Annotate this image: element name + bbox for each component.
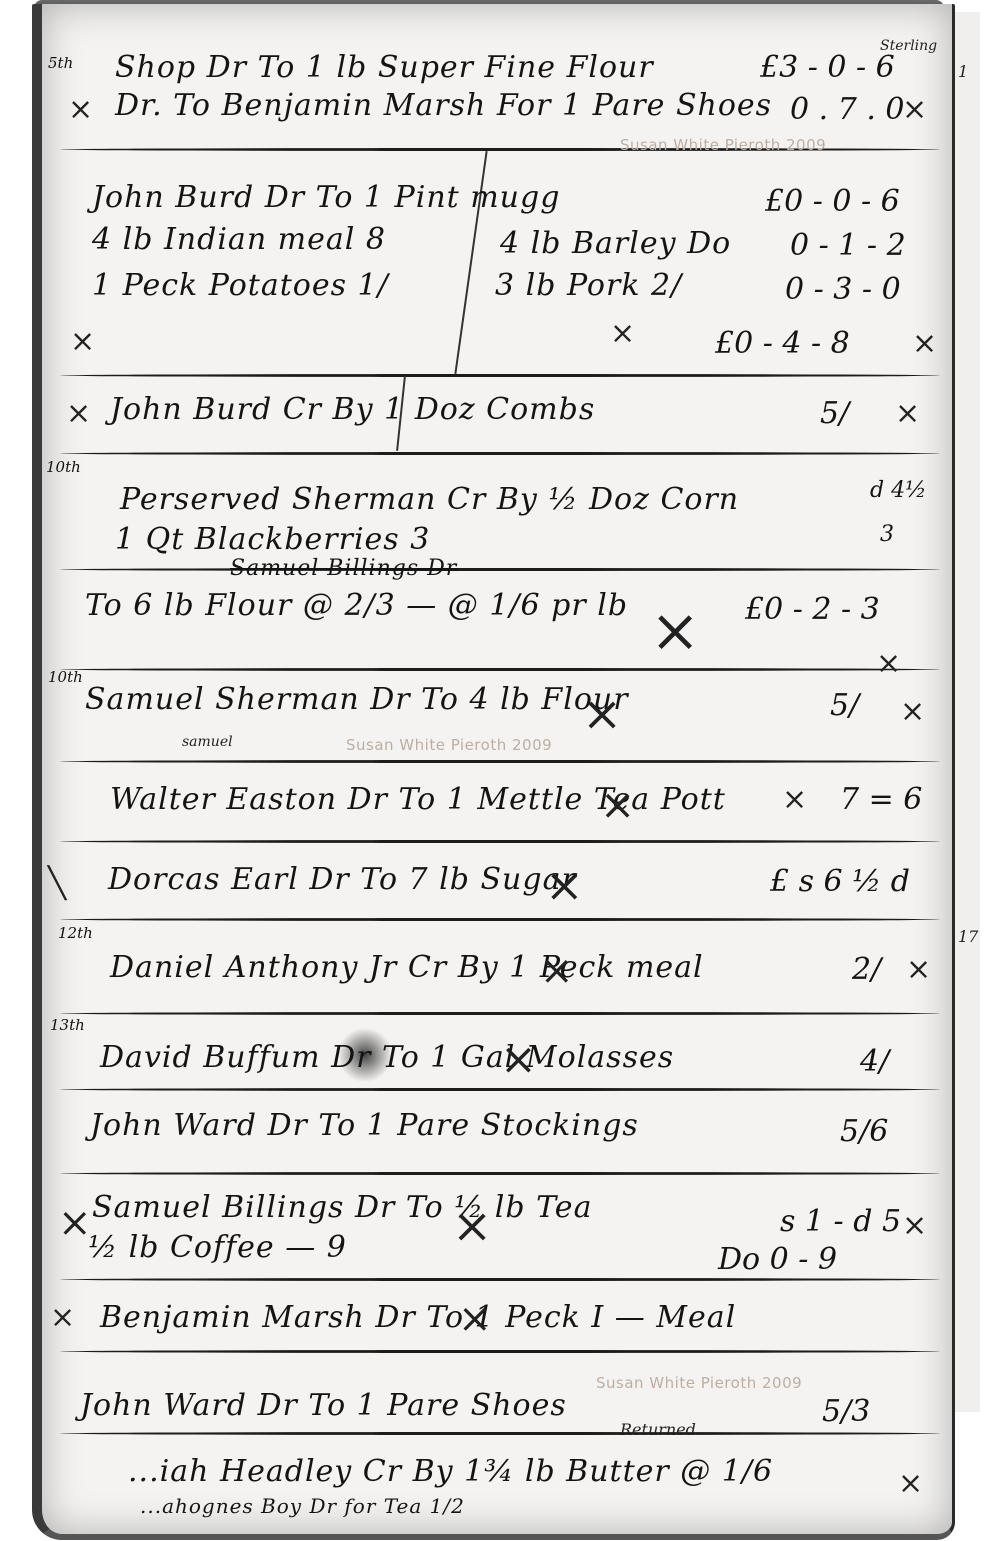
entry-line: ...iah Headley Cr By 1¾ lb Butter @ 1/6 xyxy=(128,1454,773,1489)
entry-amount: 5/3 xyxy=(822,1394,870,1429)
watermark: Susan White Pieroth 2009 xyxy=(596,1374,802,1392)
entry-date: 10th xyxy=(48,668,83,686)
entry-line: John Burd Dr To 1 Pint mugg xyxy=(92,180,560,215)
entry-rule xyxy=(60,918,940,921)
entry-amount: £3 - 0 - 6 xyxy=(760,50,895,85)
entry-line: Benjamin Marsh Dr To 1 Peck I — Meal xyxy=(100,1300,736,1335)
entry-rule xyxy=(60,1278,940,1281)
entry-rule xyxy=(60,760,940,763)
entry-note: Returned xyxy=(620,1420,696,1439)
entry-rule xyxy=(60,1172,940,1175)
entry-amount: 3 xyxy=(880,522,894,547)
entry-line: David Buffum Dr To 1 Gal Molasses xyxy=(100,1040,674,1075)
crossed-mark: × xyxy=(582,686,622,742)
entry-line: Samuel Sherman Dr To 4 lb Flour xyxy=(85,682,629,717)
entry-line: John Ward Dr To 1 Pare Stockings xyxy=(90,1108,639,1143)
facing-page-mark: 17 xyxy=(958,927,978,946)
crossed-mark: × xyxy=(540,948,574,994)
entry-rule xyxy=(60,374,940,377)
entry-amount: 4/ xyxy=(860,1044,889,1079)
crossed-mark: × xyxy=(900,694,925,729)
entry-line: ...ahognes Boy Dr for Tea 1/2 xyxy=(140,1494,465,1518)
entry-line: 4 lb Indian meal 8 xyxy=(92,222,386,257)
entry-line: Daniel Anthony Jr Cr By 1 Peck meal xyxy=(110,950,704,985)
entry-date: 12th xyxy=(58,924,93,942)
entry-amount: £0 - 2 - 3 xyxy=(745,592,880,627)
entry-amount: 0 . 7 . 0 xyxy=(790,92,904,127)
facing-page-mark: 1 xyxy=(958,62,968,81)
entry-amount: £0 - 0 - 6 xyxy=(765,184,900,219)
entry-line: ½ lb Coffee — 9 xyxy=(88,1230,347,1265)
entry-amount: 0 - 1 - 2 xyxy=(790,228,906,263)
crossed-mark: × xyxy=(876,646,901,681)
entry-amount: 5/ xyxy=(820,396,849,431)
crossed-mark: × xyxy=(902,1208,927,1243)
crossed-mark: × xyxy=(600,780,635,829)
crossed-mark: × xyxy=(912,326,937,361)
crossed-mark: × xyxy=(70,324,95,359)
entry-rule xyxy=(60,840,940,843)
crossed-mark: × xyxy=(782,782,807,817)
entry-amount: 5/ xyxy=(830,688,859,723)
entry-line: John Ward Dr To 1 Pare Shoes xyxy=(80,1388,567,1423)
crossed-mark: × xyxy=(66,396,91,431)
entry-line: Dorcas Earl Dr To 7 lb Sugar xyxy=(108,862,577,897)
crossed-mark: × xyxy=(68,92,93,127)
crossed-mark: × xyxy=(895,396,920,431)
entry-amount: 5/6 xyxy=(840,1114,888,1149)
entry-line: 1 Qt Blackberries 3 xyxy=(115,522,430,557)
entry-date: 10th xyxy=(46,458,81,476)
entry-line: Perserved Sherman Cr By ½ Doz Corn xyxy=(120,482,739,517)
crossed-mark: × xyxy=(650,596,700,666)
entry-rule xyxy=(60,1012,940,1015)
entry-rule xyxy=(60,452,940,455)
crossed-mark: × xyxy=(500,1034,537,1085)
entry-amount: Do 0 - 9 xyxy=(718,1242,837,1277)
struck-heading: Samuel Billings Dr xyxy=(230,556,457,581)
entry-rule xyxy=(60,1432,940,1435)
crossed-mark: × xyxy=(898,1466,923,1501)
entry-rule xyxy=(60,1088,940,1091)
entry-line: Dr. To Benjamin Marsh For 1 Pare Shoes xyxy=(115,88,772,123)
crossed-mark: × xyxy=(58,1200,92,1246)
entry-amount: £ s 6 ½ d xyxy=(770,864,910,899)
entry-line: To 6 lb Flour @ 2/3 — @ 1/6 pr lb xyxy=(85,588,628,623)
watermark: Susan White Pieroth 2009 xyxy=(346,736,552,754)
crossed-mark: × xyxy=(50,1300,75,1335)
entry-rule xyxy=(60,1350,940,1353)
crossed-mark: × xyxy=(545,858,584,912)
entry-date: 13th xyxy=(50,1016,85,1034)
watermark: Susan White Pieroth 2009 xyxy=(620,136,826,154)
entry-line: 3 lb Pork 2/ xyxy=(495,268,682,303)
crossed-mark: × xyxy=(610,316,635,351)
crossed-mark: × xyxy=(906,952,931,987)
margin-note: samuel xyxy=(182,734,233,750)
entry-amount: 7 = 6 xyxy=(840,782,922,817)
entry-amount: 0 - 3 - 0 xyxy=(785,272,901,307)
crossed-mark: ╲ xyxy=(48,866,66,901)
crossed-mark: × xyxy=(458,1296,492,1342)
entry-amount: 2/ xyxy=(852,952,881,987)
entry-line: Samuel Billings Dr To ½ lb Tea xyxy=(92,1190,592,1225)
entry-line: 4 lb Barley Do xyxy=(500,226,731,261)
entry-line: Shop Dr To 1 lb Super Fine Flour xyxy=(115,50,654,85)
entry-amount: s 1 - d 5 xyxy=(780,1204,901,1239)
entry-date: 5th xyxy=(48,54,73,72)
entry-amount: d 4½ xyxy=(870,478,926,503)
crossed-mark: × xyxy=(902,92,927,127)
entry-line: 1 Peck Potatoes 1/ xyxy=(92,268,389,303)
entry-rule xyxy=(60,668,940,671)
entry-rule xyxy=(60,568,940,571)
crossed-mark: × xyxy=(452,1198,492,1254)
entry-line: John Burd Cr By 1 Doz Combs xyxy=(110,392,595,427)
entry-amount-total: £0 - 4 - 8 xyxy=(715,326,850,361)
